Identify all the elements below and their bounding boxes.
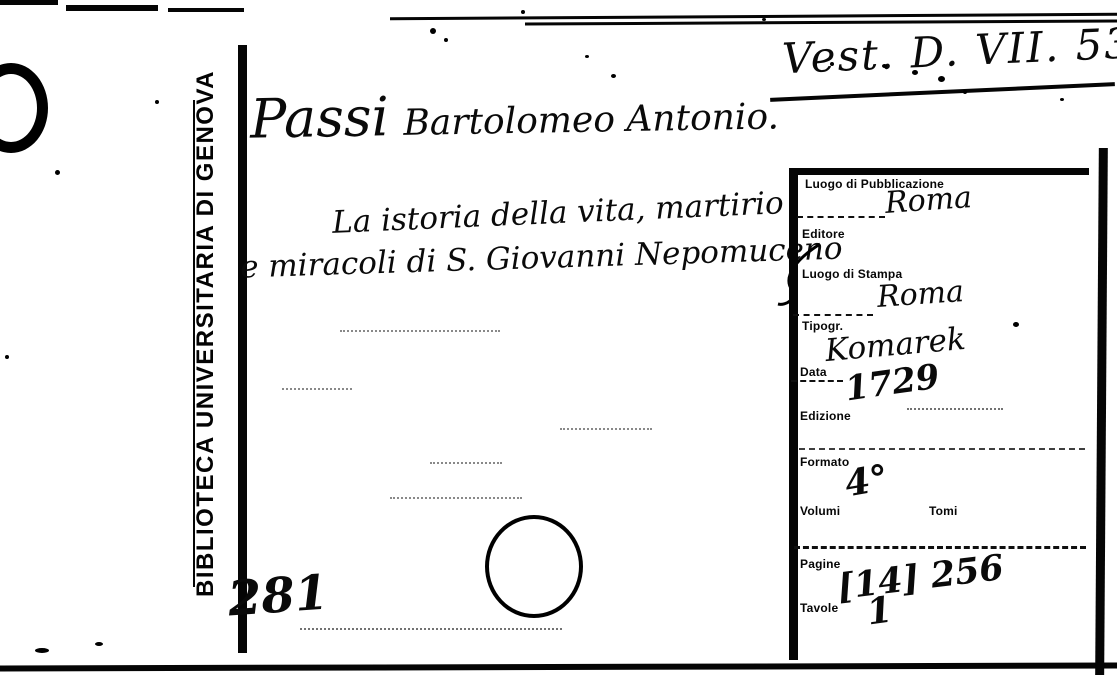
- shelfmark: Vest. D. VII. 53.: [781, 22, 1117, 81]
- scan-bottom-edge: [0, 663, 1117, 672]
- field-rule: [794, 546, 1086, 549]
- dotted-guide: [300, 628, 562, 630]
- field-label-luogo-stampa: Luogo di Stampa: [802, 268, 902, 280]
- title-line-2: e miracoli di S. Giovanni Nepomuceno: [240, 234, 843, 284]
- dotted-guide: [560, 428, 652, 430]
- field-value-data: 1729: [843, 360, 941, 407]
- round-stamp-outline: [485, 515, 583, 618]
- box-top-border: [793, 168, 1089, 175]
- field-rule: [797, 216, 885, 218]
- field-label-tipogr: Tipogr.: [802, 320, 843, 332]
- field-label-data: Data: [800, 366, 827, 378]
- catalog-card-scan: BIBLIOTECA UNIVERSITARIA DI GENOVA Vest.…: [0, 0, 1117, 678]
- field-rule: [793, 314, 873, 316]
- field-value-luogo-stampa: Roma: [876, 277, 965, 313]
- field-label-tomi: Tomi: [929, 505, 958, 517]
- field-rule: [799, 448, 1085, 450]
- inventory-number: 281: [226, 569, 329, 624]
- field-label-edizione: Edizione: [800, 410, 851, 422]
- dotted-guide: [340, 330, 500, 332]
- author-surname: Passi: [249, 85, 389, 150]
- field-value-tipogr: Komarek: [824, 324, 967, 367]
- vertical-divider-rule: [238, 45, 247, 653]
- bibliographic-box: Luogo di Pubblicazione Roma Editore Luog…: [789, 168, 1107, 660]
- field-value-tavole: 1: [865, 591, 895, 630]
- box-left-border: [789, 168, 798, 660]
- library-name-underline: [193, 100, 195, 587]
- dotted-guide: [390, 497, 522, 499]
- dotted-guide: [430, 462, 502, 464]
- dotted-guide: [282, 388, 352, 390]
- field-value-pagine: [14] 256: [835, 550, 1005, 605]
- author-given-names: Bartolomeo Antonio.: [403, 96, 779, 144]
- field-value-formato: 4°: [842, 460, 891, 503]
- field-rule: [907, 408, 1003, 410]
- author-line: Passi Bartolomeo Antonio.: [250, 83, 780, 146]
- field-rule: [791, 380, 843, 382]
- field-label-tavole: Tavole: [800, 602, 838, 614]
- title-line-1: La istoria della vita, martirio: [332, 188, 785, 239]
- punch-hole-arc: [0, 63, 48, 153]
- field-value-luogo-pubblicazione: Roma: [884, 183, 973, 219]
- field-label-volumi: Volumi: [800, 505, 840, 517]
- field-label-editore: Editore: [802, 228, 845, 240]
- library-name-vertical: BIBLIOTECA UNIVERSITARIA DI GENOVA: [192, 87, 232, 597]
